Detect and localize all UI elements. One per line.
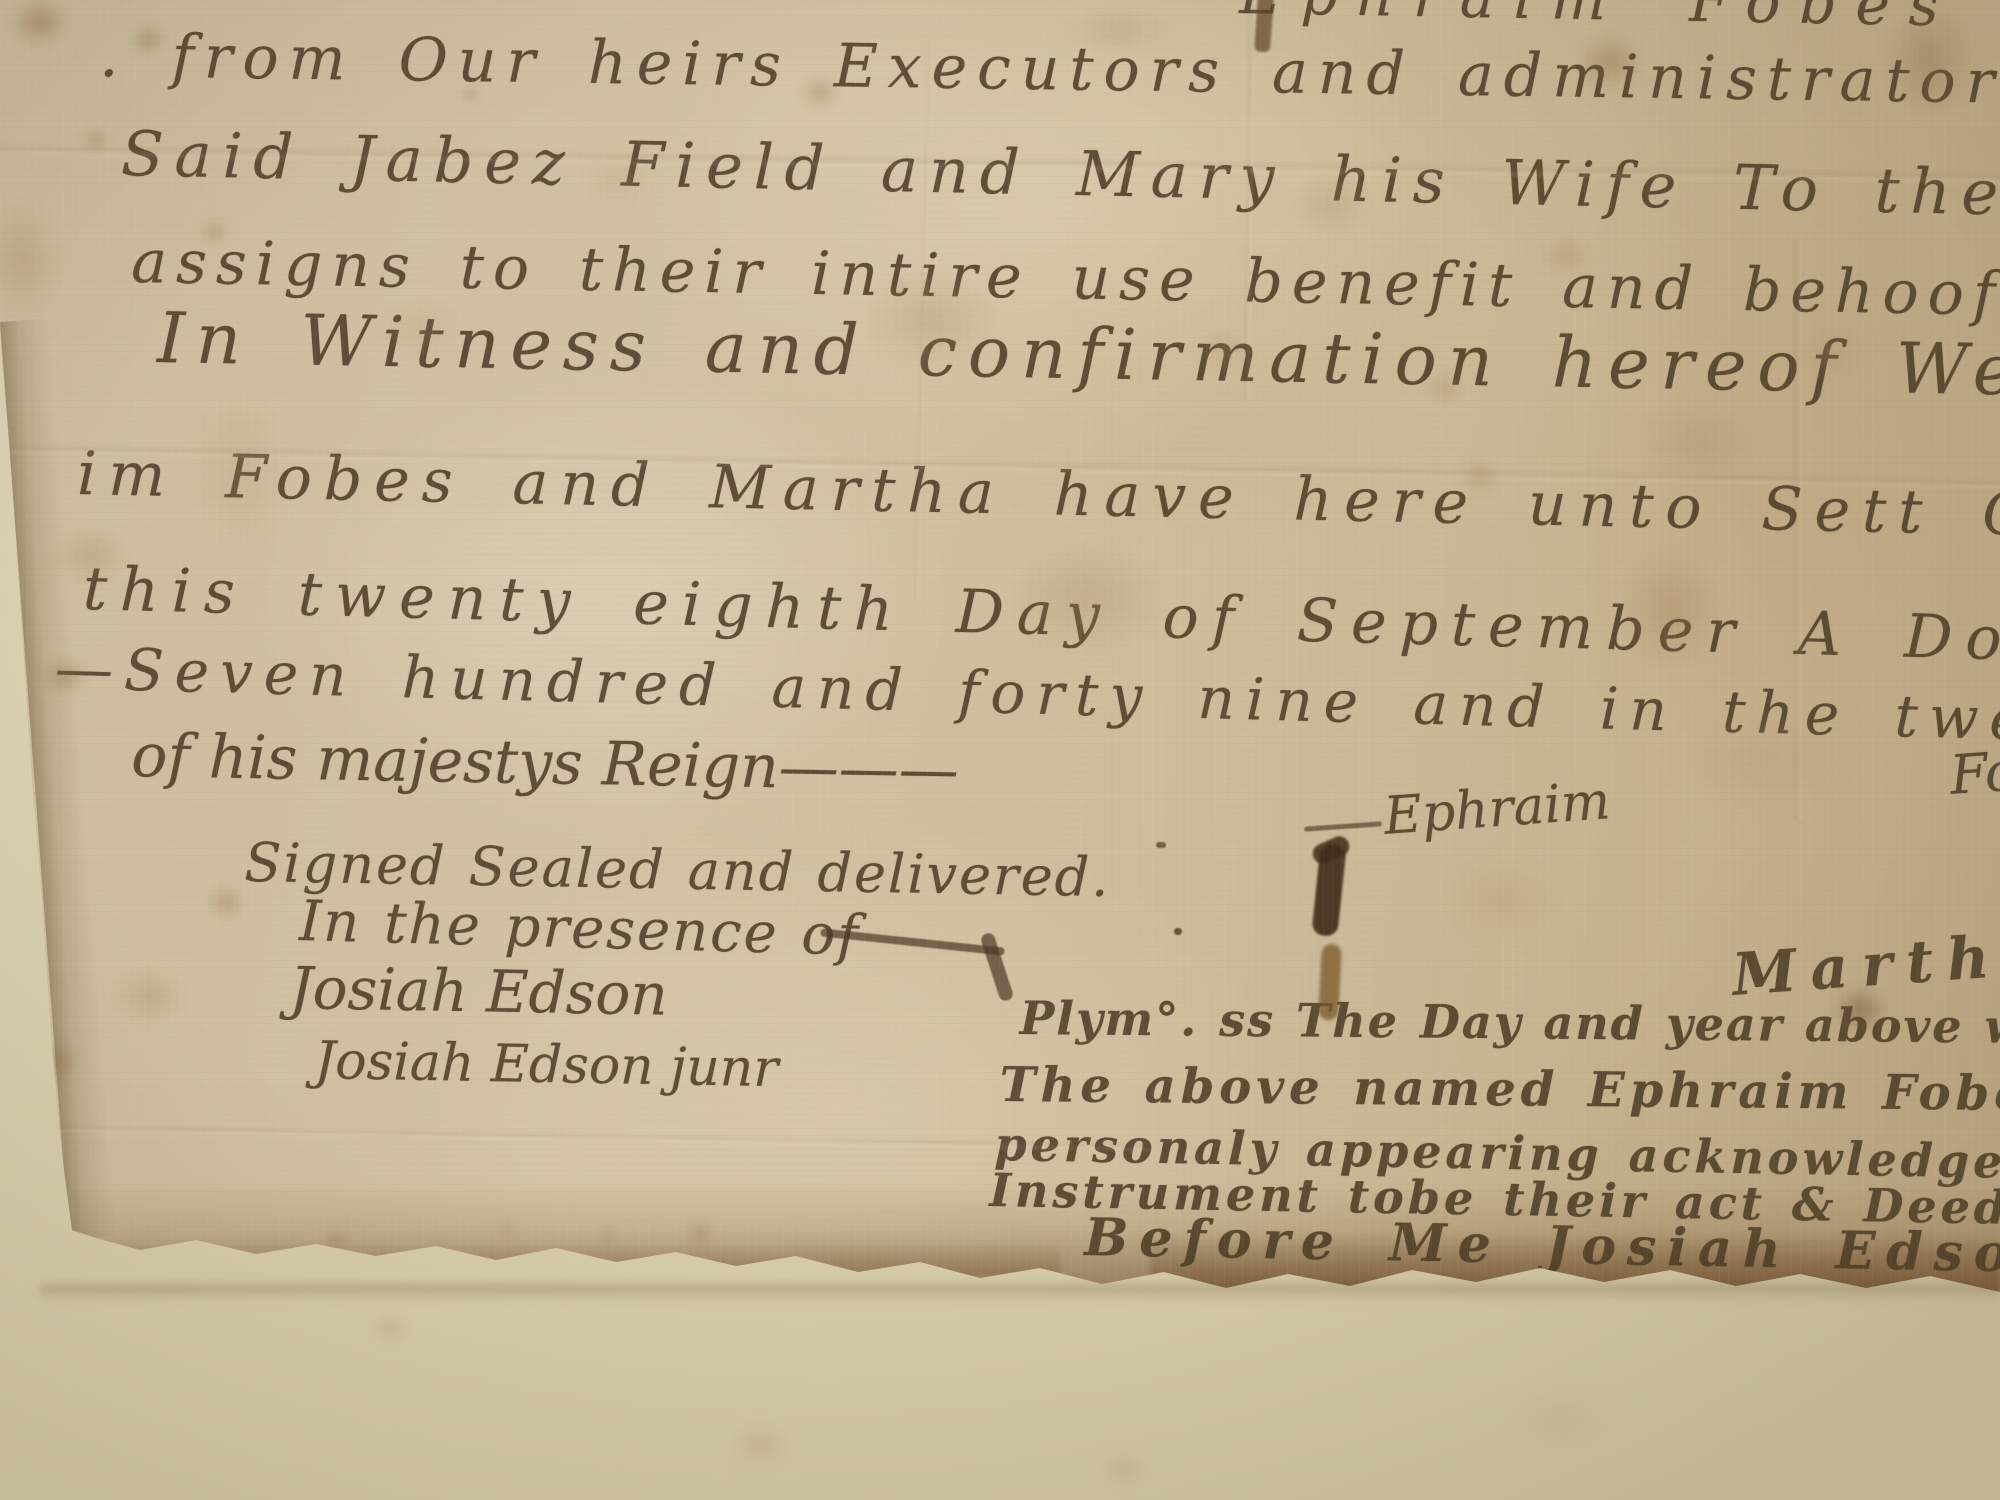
age-stain bbox=[1440, 860, 1560, 940]
age-stain bbox=[1500, 1380, 1620, 1460]
pen-flourish-hook bbox=[980, 932, 1015, 1003]
age-stain bbox=[10, 0, 70, 48]
age-stain bbox=[0, 198, 62, 318]
body-line: im Fobes and Martha have here unto Sett … bbox=[77, 440, 2000, 555]
witness-signature: Josiah Edson junr bbox=[314, 1032, 779, 1100]
age-stain bbox=[83, 128, 109, 152]
age-stain bbox=[114, 966, 186, 1026]
body-line: Said Jabez Field and Mary his Wife To th… bbox=[121, 118, 2000, 233]
acknowledgment-line: The above named Ephraim Fobes and M bbox=[1000, 1058, 2000, 1124]
fold-crease bbox=[50, 1122, 1150, 1153]
witness-signature: Josiah Edson bbox=[289, 955, 668, 1028]
document-photo: Ephraim Fobes a. from Our heirs Executor… bbox=[0, 0, 2000, 1500]
pen-dash bbox=[1304, 821, 1382, 831]
age-stain bbox=[368, 1310, 412, 1346]
age-stain bbox=[1096, 1446, 1152, 1490]
ink-blot-cap bbox=[1310, 833, 1353, 867]
age-stain bbox=[728, 1418, 792, 1470]
ink-blot-top bbox=[1311, 843, 1346, 937]
signature-ephraim: Ephraim bbox=[1382, 772, 1612, 847]
body-line: . from Our heirs Executors and administr… bbox=[99, 22, 2000, 120]
age-stain bbox=[206, 884, 246, 920]
signature-ephraim-cont: Fo bbox=[1948, 740, 2000, 807]
body-line: of his majestys Reign——— bbox=[131, 722, 960, 805]
line-top-partial: Ephraim Fobes a bbox=[1239, 0, 2000, 41]
paper-cast-shadow bbox=[40, 1284, 2000, 1302]
ink-dot bbox=[1174, 928, 1182, 935]
ink-dot bbox=[1156, 842, 1166, 848]
acknowledgment-line: Plym°. ss The Day and year above writte bbox=[1020, 992, 2000, 1055]
signature-martha: Martha bbox=[1730, 919, 2000, 1008]
